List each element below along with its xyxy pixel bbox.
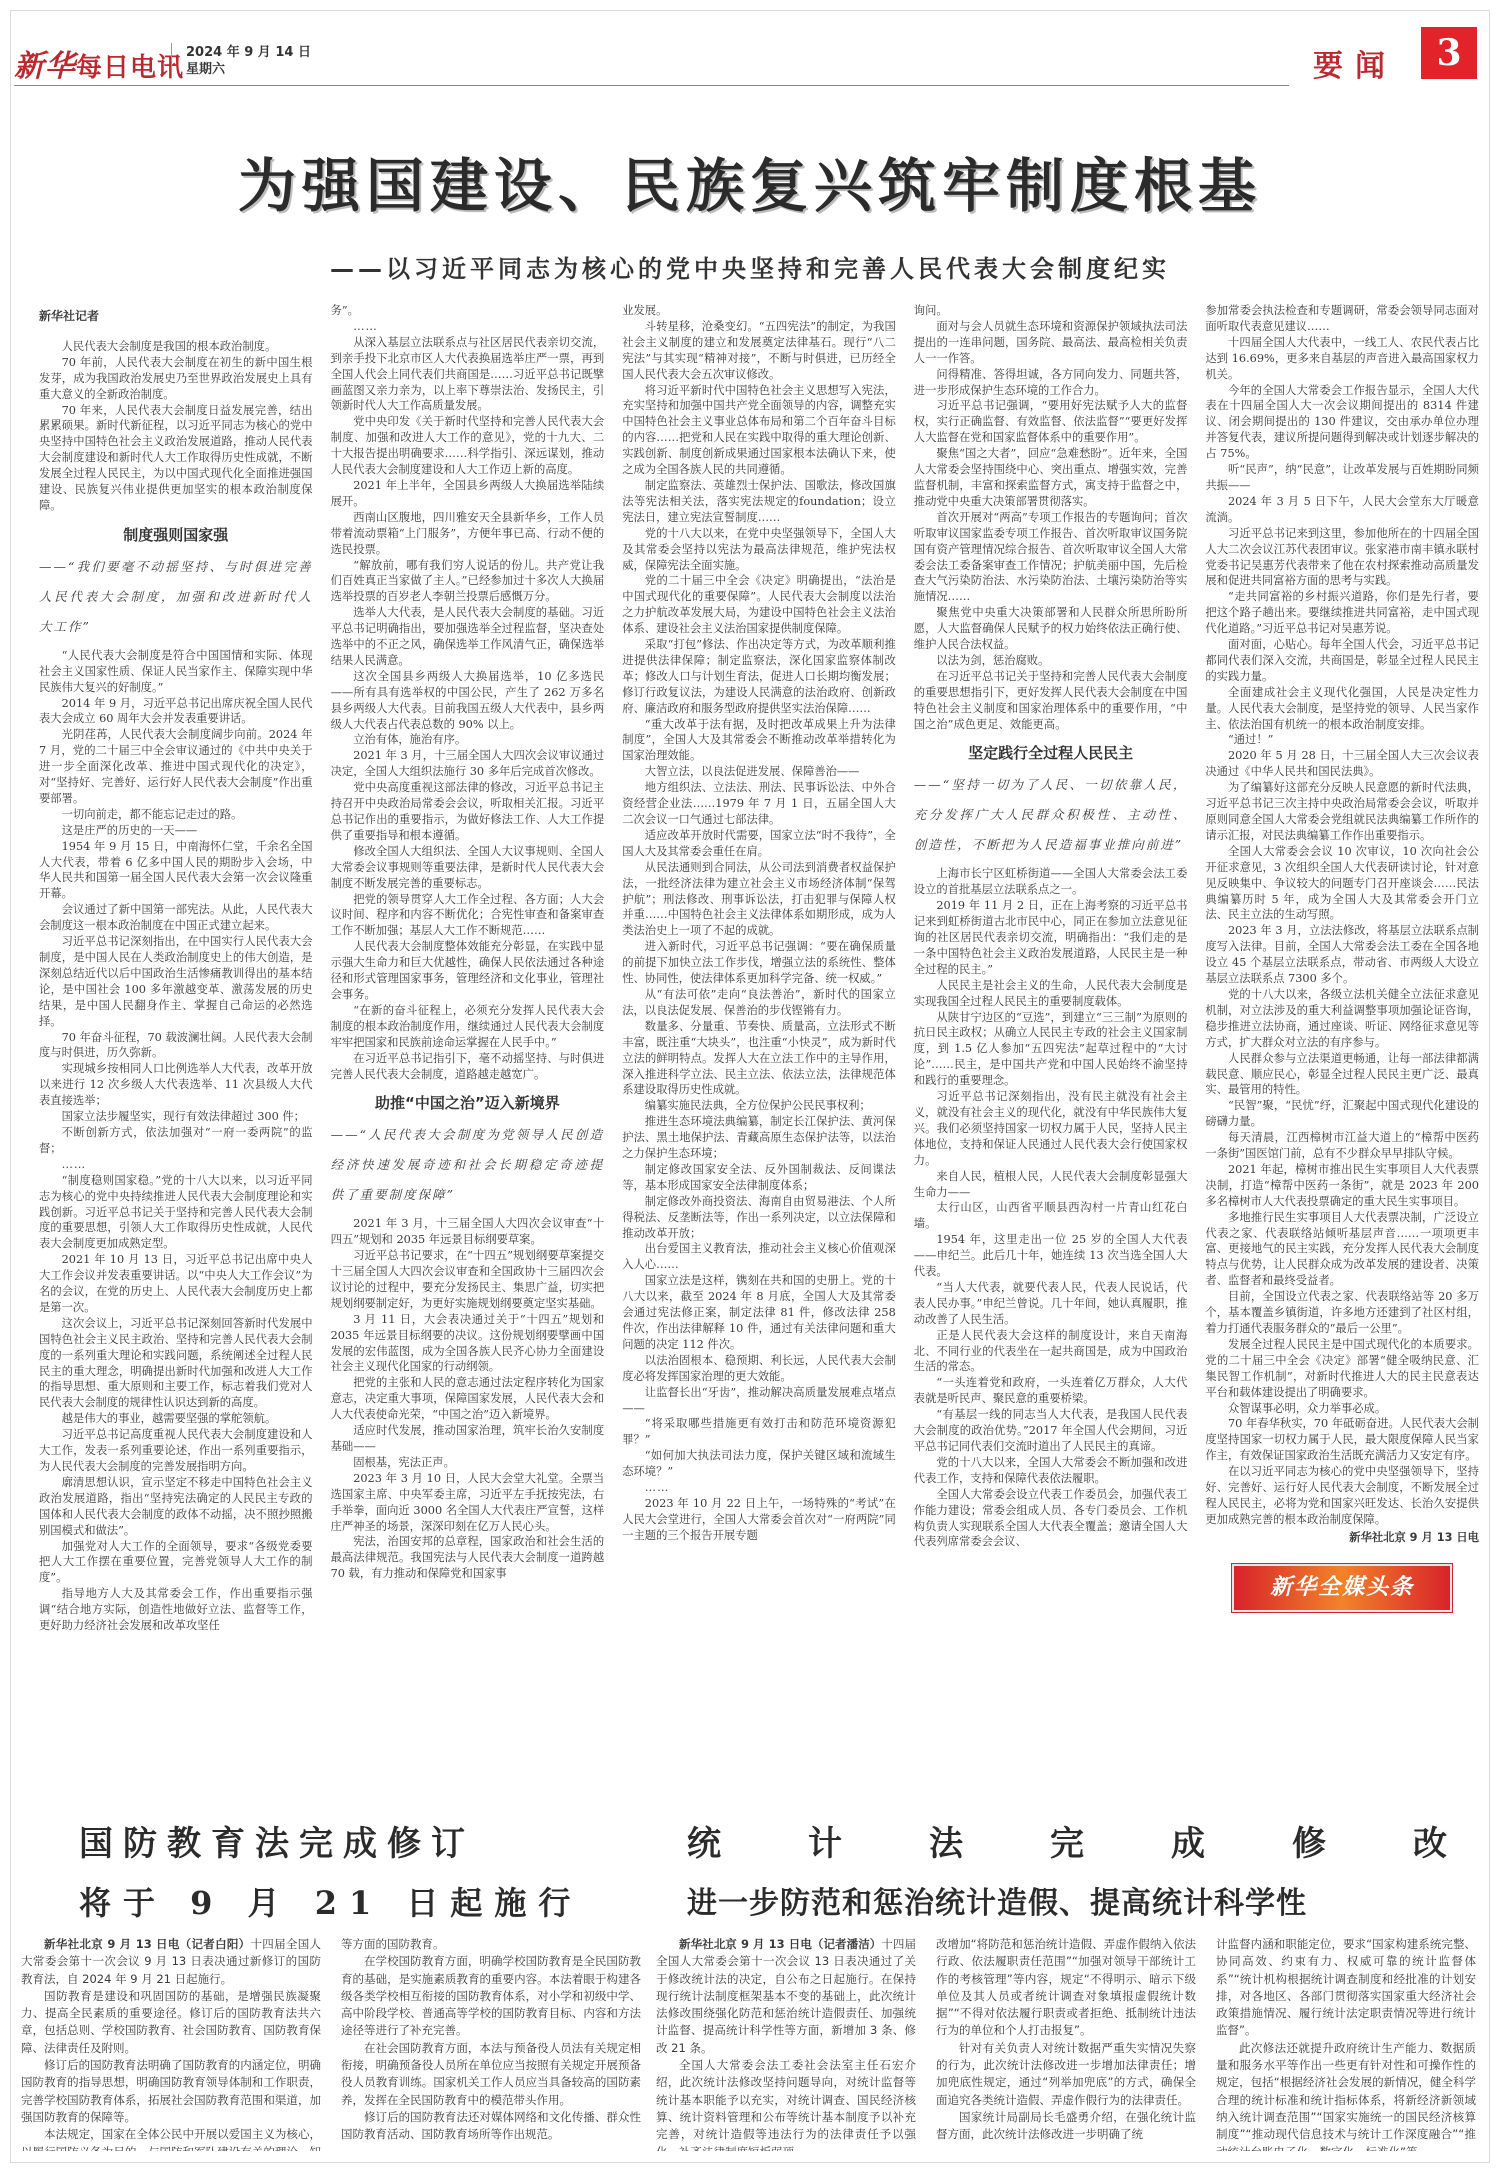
paragraph: “在新的奋斗征程上，必须充分发挥人民代表大会制度的根本政治制度作用，继续通过人民… xyxy=(331,1003,605,1051)
paragraph: 以法治固根本、稳预期、利长远，人民代表大会制度必将发挥国家治理的更大效能。 xyxy=(622,1353,896,1385)
paragraph: 党的十八大以来，全国人大常委会不断加强和改进代表工作，支持和保障代表依法履职。 xyxy=(914,1455,1188,1487)
statistics-story-body: 新华社北京 9 月 13 日电（记者潘洁）十四届全国人大常委会第十一次会议 13… xyxy=(656,1936,1476,2151)
ellipsis: …… xyxy=(331,319,605,335)
paragraph: 业发展。 xyxy=(622,303,896,319)
paragraph: 固根基，宪法正声。 xyxy=(331,1455,605,1471)
paragraph: 1954 年 9 月 15 日，中南海怀仁堂，千余名全国人大代表，带着 6 亿多… xyxy=(39,839,313,903)
paragraph: 全国人大常委会设立代表工作委员会，加强代表工作能力建设；常委会组成人员、各专门委… xyxy=(914,1487,1188,1551)
paragraph: 西南山区腹地，四川雅安天全县新华乡，工作人员带着流动票箱“上门服务”，方便年事已… xyxy=(331,510,605,558)
paragraph: 实现城乡按相同人口比例选举人大代表，改革开放以来进行 12 次乡级人大代表选举、… xyxy=(39,1061,313,1109)
paragraph: “解放前，哪有我们穷人说话的份儿。共产党让我们百姓真正当家做了主人。”已经参加过… xyxy=(331,558,605,606)
paragraph: 问得精准、答得坦诚，各方同向发力、同题共答，进一步形成保护生态环境的工作合力。 xyxy=(914,367,1188,399)
paragraph: 党中央印发《关于新时代坚持和完善人民代表大会制度、加强和改进人大工作的意见》，党… xyxy=(331,414,605,478)
statistics-column-3: 计监督内涵和职能定位，要求“国家构建系统完整、协同高效、约束有力、权威可靠的统计… xyxy=(1216,1936,1476,2151)
paragraph: 新华社北京 9 月 13 日电（记者潘洁）十四届全国人大常委会第十一次会议 13… xyxy=(656,1936,916,2057)
paragraph: “有基层一线的同志当人大代表，是我国人民代表大会制度的政治优势。”2017 年全… xyxy=(914,1407,1188,1455)
paragraph: 2021 年 3 月，十三届全国人大四次会议审议通过决定，全国人大组织法施行 3… xyxy=(331,748,605,780)
paragraph: 从深入基层立法联系点与社区居民代表亲切交流，到亲手投下北京市区人大代表换届选举庄… xyxy=(331,335,605,415)
paragraph: 人民代表大会制度整体效能充分彰显，在实践中显示强大生命力和巨大优越性，确保人民依… xyxy=(331,939,605,1003)
paragraph: 1954 年，这里走出一位 25 岁的全国人大代表——申纪兰。此后几十年，她连续… xyxy=(914,1232,1188,1280)
paragraph: “一头连着党和政府，一头连着亿万群众，人大代表就是听民声、聚民意的重要桥梁。 xyxy=(914,1375,1188,1407)
paragraph: 会议通过了新中国第一部宪法。从此，人民代表大会制度这一根本政治制度在中国正式建立… xyxy=(39,902,313,934)
paragraph: 改增加“将防范和惩治统计造假、弄虚作假纳入依法行政、依法履职责任范围”“加强对领… xyxy=(936,1936,1196,2040)
paragraph: 正是人民代表大会这样的制度设计，来自天南海北、不同行业的代表坐在一起共商国是，成… xyxy=(914,1328,1188,1376)
paragraph: 70 年奋斗征程，70 载波澜壮阔。人民代表大会制度与时俱进，历久弥新。 xyxy=(39,1030,313,1062)
paragraph: 2023 年 3 月，立法法修改，将基层立法联系点制度写入法律。目前，全国人大常… xyxy=(1205,923,1479,987)
paragraph: 全国人大常委会会议 10 次审议，10 次向社会公开征求意见，3 次组织全国人大… xyxy=(1205,844,1479,924)
paragraph: 国家立法步履坚实，现行有效法律超过 300 件； xyxy=(39,1109,313,1125)
paragraph: 在社会国防教育方面，本法与预备役人员法有关规定相衔接，明确预备役人员所在单位应当… xyxy=(341,2040,641,2109)
paragraph: 习近平总书记高度重视人民代表大会制度建设和人大工作，发表一系列重要论述，作出一系… xyxy=(39,1427,313,1475)
paragraph: 习近平总书记要求，在“十四五”规划纲要草案提交十三届全国人大四次会议审查和全国政… xyxy=(331,1248,605,1312)
paragraph: 来自人民，植根人民，人民代表大会制度彰显强大生命力—— xyxy=(914,1169,1188,1201)
paragraph: 从“有法可依”走向“良法善治”，新时代的国家立法，以良法促发展、保善治的步伐铿锵… xyxy=(622,987,896,1019)
paragraph: 为了编纂好这部充分反映人民意愿的新时代法典，习近平总书记三次主持中央政治局常委会… xyxy=(1205,780,1479,844)
paragraph: 修改全国人大组织法、全国人大议事规则、全国人大常委会议事规则等重要法律，是新时代… xyxy=(331,844,605,892)
paragraph: “将采取哪些措施更有效打击和防范环境资源犯罪？” xyxy=(622,1416,896,1448)
paragraph: 以法为剑，惩治腐败。 xyxy=(914,653,1188,669)
paragraph: 出台爱国主义教育法，推动社会主义核心价值观深入人心…… xyxy=(622,1241,896,1273)
paragraph: 习近平总书记强调，“要用好宪法赋予人大的监督权，实行正确监督、有效监督、依法监督… xyxy=(914,398,1188,446)
paragraph: 2024 年 3 月 5 日下午，人民大会堂东大厅暖意流淌。 xyxy=(1205,494,1479,526)
paragraph: 地方组织法、立法法、刑法、民事诉讼法、中外合资经营企业法……1979 年 7 月… xyxy=(622,780,896,828)
article-column-3: 业发展。 斗转星移，沧桑变幻。“五四宪法”的制定，为我国社会主义制度的建立和发展… xyxy=(622,303,896,1773)
issue-date: 2024 年 9 月 14 日 xyxy=(186,44,311,61)
paragraph: “民智”聚，“民忧”纾，汇聚起中国式现代化建设的磅礴力量。 xyxy=(1205,1098,1479,1130)
statistics-column-1: 新华社北京 9 月 13 日电（记者潘洁）十四届全国人大常委会第十一次会议 13… xyxy=(656,1936,916,2151)
title-char: 改 xyxy=(1413,1816,1447,1865)
paragraph: “如何加大执法司法力度，保护关键区域和流域生态环境？” xyxy=(622,1448,896,1480)
lead-dateline: 新华社北京 9 月 13 日电（记者潘洁） xyxy=(679,1937,881,1951)
paragraph: 让监督长出“牙齿”，推动解决高质量发展难点堵点—— xyxy=(622,1385,896,1417)
title-char: 法 xyxy=(929,1816,963,1865)
paragraph: 听“民声”，纳“民意”，让改革发展与百姓期盼同频共振—— xyxy=(1205,462,1479,494)
paragraph: 2021 年 3 月，十三届全国人大四次会议审查“十四五”规划和 2035 年远… xyxy=(331,1216,605,1248)
statistics-column-2: 改增加“将防范和惩治统计造假、弄虚作假纳入依法行政、依法履职责任范围”“加强对领… xyxy=(936,1936,1196,2151)
main-article: 新华社记者 人民代表大会制度是我国的根本政治制度。 70 年前，人民代表大会制度… xyxy=(39,303,1479,1773)
paragraph: 面对与会人员就生态环境和资源保护领域执法司法提出的一连串问题，国务院、最高法、最… xyxy=(914,319,1188,367)
section-quote: ——“人民代表大会制度为党领导人民创造经济快速发展奇迹和社会长期稳定奇迹提供了重… xyxy=(331,1120,605,1210)
paragraph: 2021 年 10 月 13 日，习近平总书记出席中央人大工作会议并发表重要讲话… xyxy=(39,1252,313,1316)
section-heading: 助推“中国之治”迈入新境界 xyxy=(331,1096,605,1112)
paragraph: 这是庄严的历史的一天—— xyxy=(39,823,313,839)
paragraph: 2014 年 9 月，习近平总书记出席庆祝全国人民代表大会成立 60 周年大会并… xyxy=(39,696,313,728)
paragraph: 数量多、分量重、节奏快、质量高，立法形式不断丰富，既注重“大块头”，也注重“小快… xyxy=(622,1019,896,1099)
paragraph: 选举人大代表，是人民代表大会制度的基础。习近平总书记明确指出，要加强选举全过程监… xyxy=(331,605,605,669)
paragraph: 70 年春华秋实，70 年砥砺奋进。人民代表大会制度坚持国家一切权力属于人民，最… xyxy=(1205,1416,1479,1464)
paragraph: 立治有体，施治有序。 xyxy=(331,732,605,748)
paragraph: 此次修法还就提升政府统计生产能力、数据质量和服务水平等作出一些更有针对性和可操作… xyxy=(1216,2040,1476,2151)
statistics-story-subtitle: 进一步防范和惩治统计造假、提高统计科学性 xyxy=(687,1878,1307,1922)
paragraph: 在学校国防教育方面，明确学校国防教育是全民国防教育的基础，是实施素质教育的重要内… xyxy=(341,1953,641,2039)
paragraph: 宪法，治国安邦的总章程，国家政治和社会生活的最高法律规范。我国宪法与人民代表大会… xyxy=(331,1534,605,1582)
paragraph: 国防教育是建设和巩固国防的基础，是增强民族凝聚力、提高全民素质的重要途径。修订后… xyxy=(21,1988,321,2057)
paragraph: 等方面的国防教育。 xyxy=(341,1936,641,1953)
statistics-story-title: 统 计 法 完 成 修 改 xyxy=(687,1816,1447,1865)
paragraph: 十四届全国人大代表中，一线工人、农民代表占比达到 16.69%，更多来自基层的声… xyxy=(1205,335,1479,383)
paragraph: 聚焦“国之大者”，回应“急难愁盼”。近年来，全国人大常委会坚持围绕中心、突出重点… xyxy=(914,446,1188,510)
paragraph: 询问。 xyxy=(914,303,1188,319)
paragraph: 2019 年 11 月 2 日，正在上海考察的习近平总书记来到虹桥街道古北市民中… xyxy=(914,898,1188,978)
paragraph: 修订后的国防教育法明确了国防教育的内涵定位，明确国防教育的指导思想，明确国防教育… xyxy=(21,2057,321,2126)
paragraph: 在习近平总书记指引下，毫不动摇坚持、与时俱进完善人民代表大会制度，道路越走越宽广… xyxy=(331,1051,605,1083)
paragraph: “制度稳则国家稳。”党的十八大以来，以习近平同志为核心的党中央持续推进人民代表大… xyxy=(39,1173,313,1253)
paragraph: 光阴荏苒，人民代表大会制度阔步向前。2024 年 7 月，党的二十届三中全会审议… xyxy=(39,727,313,807)
paragraph: 把党的领导贯穿人大工作全过程、各方面；人大会议时间、程序和内容不断优化；合宪性审… xyxy=(331,892,605,940)
issue-weekday: 星期六 xyxy=(186,61,311,78)
paragraph: 太行山区，山西省平顺县西沟村一片青山红花白墙。 xyxy=(914,1200,1188,1232)
paragraph: 发展全过程人民民主是中国式现代化的本质要求。党的二十届三中全会《决定》部署“健全… xyxy=(1205,1337,1479,1401)
paragraph: 适应改革开放时代需要，国家立法“时不我待”，全国人大及其常委会重任在肩。 xyxy=(622,828,896,860)
paragraph: 国家统计局副局长毛盛勇介绍，在强化统计监督方面，此次统计法修改进一步明确了统 xyxy=(936,2109,1196,2144)
title-char: 计 xyxy=(808,1816,842,1865)
page-number-badge: 3 xyxy=(1421,27,1477,79)
paragraph: 习近平总书记深刻指出，没有民主就没有社会主义，就没有社会主义的现代化，就没有中华… xyxy=(914,1089,1188,1169)
paragraph: 今年的全国人大常委会工作报告显示，全国人大代表在十四届全国人大一次会议期间提出的… xyxy=(1205,383,1479,463)
paragraph: 参加常委会执法检查和专题调研，常委会领导同志面对面听取代表意见建议…… xyxy=(1205,303,1479,335)
paragraph: “通过！” xyxy=(1205,732,1479,748)
paragraph: 多地推行民生实事项目人大代表票决制，广泛设立代表之家、代表联络站倾听基层声音……… xyxy=(1205,1210,1479,1290)
paragraph: 这次全国县乡两级人大换届选举，10 亿多选民——所有具有选举权的中国公民，产生了… xyxy=(331,669,605,733)
paragraph: 习近平总书记来到这里，参加他所在的十四届全国人大二次会议江苏代表团审议。张家港市… xyxy=(1205,526,1479,590)
defense-story-subtitle: 将于 9 月 21 日起施行 xyxy=(79,1878,582,1924)
main-subheadline: ——以习近平同志为核心的党中央坚持和完善人民代表大会制度纪实 xyxy=(11,249,1489,284)
paragraph: 目前，全国设立代表之家、代表联络站等 20 多万个，基本覆盖乡镇街道，许多地方还… xyxy=(1205,1289,1479,1337)
section-quote: ——“我们要毫不动摇坚持、与时俱进完善人民代表大会制度，加强和改进新时代人大工作… xyxy=(39,552,313,642)
paragraph: 70 年来，人民代表大会制度日益发展完善，结出累累硕果。新时代新征程，以习近平同… xyxy=(39,403,313,514)
issue-date-block: 2024 年 9 月 14 日 星期六 xyxy=(186,44,311,78)
paragraph: 党中央高度重视这部法律的修改，习近平总书记主持召开中央政治局常委会会议，听取相关… xyxy=(331,780,605,844)
paragraph: 将习近平新时代中国特色社会主义思想写入宪法，充实坚持和加强中国共产党全面领导的内… xyxy=(622,383,896,478)
paragraph: 把党的主张和人民的意志通过法定程序转化为国家意志，决定重大事项，保障国家发展，人… xyxy=(331,1375,605,1423)
paragraph: 国家立法是这样，镌刻在共和国的史册上。党的十八大以来，截至 2024 年 8 月… xyxy=(622,1273,896,1353)
xinhua-media-headline-banner[interactable]: 新华全媒头条 xyxy=(1232,1564,1452,1612)
newspaper-page: 新华每日电讯 2024 年 9 月 14 日 星期六 要闻 3 为强国建设、民族… xyxy=(10,10,1490,2163)
paragraph: 首次开展对“两高”专项工作报告的专题询问；首次听取审议国家监委专项工作报告、首次… xyxy=(914,510,1188,605)
paragraph: 从民法通则到合同法，从公司法到消费者权益保护法，一批经济法律为建立社会主义市场经… xyxy=(622,860,896,940)
paragraph: 党的二十届三中全会《决定》明确提出，“法治是中国式现代化的重要保障”。人民代表大… xyxy=(622,573,896,637)
article-column-5: 参加常委会执法检查和专题调研，常委会领导同志面对面听取代表意见建议…… 十四届全… xyxy=(1205,303,1479,1773)
masthead-rule xyxy=(14,85,1289,86)
paragraph: 推进生态环境法典编纂，制定长江保护法、黄河保护法、黑土地保护法、青藏高原生态保护… xyxy=(622,1114,896,1162)
main-headline: 为强国建设、民族复兴筑牢制度根基 xyxy=(11,139,1489,223)
paragraph: 2023 年 3 月 10 日，人民大会堂大礼堂。全票当选国家主席、中央军委主席… xyxy=(331,1471,605,1535)
paragraph: 党的十八大以来，在党中央坚强领导下，全国人大及其常委会坚持以宪法为最高法律规范，… xyxy=(622,526,896,574)
ellipsis: …… xyxy=(622,1480,896,1496)
paragraph: 在习近平总书记关于坚持和完善人民代表大会制度的重要思想指引下，更好发挥人民代表大… xyxy=(914,669,1188,733)
defense-story-title: 国防教育法完成修订 xyxy=(79,1816,475,1865)
paragraph: “重大改革于法有据，及时把改革成果上升为法律制度”，全国人大及其常委会不断推动改… xyxy=(622,717,896,765)
paragraph: 采取“打包”修法、作出决定等方式，为改革顺利推进提供法律保障；制定监察法，深化国… xyxy=(622,637,896,717)
paragraph: 修订后的国防教育法还对媒体网络和文化传播、群众性国防教育活动、国防教育场所等作出… xyxy=(341,2109,641,2144)
paragraph: 上海市长宁区虹桥街道——全国人大常委会法工委设立的首批基层立法联系点之一。 xyxy=(914,866,1188,898)
masthead: 新华每日电讯 2024 年 9 月 14 日 星期六 要闻 3 xyxy=(11,11,1489,91)
paragraph: 指导地方人大及其常委会工作，作出重要指示强调“结合地方实际，创造性地做好立法、监… xyxy=(39,1586,313,1634)
paragraph: 计监督内涵和职能定位，要求“国家构建系统完整、协同高效、约束有力、权威可靠的统计… xyxy=(1216,1936,1476,2040)
paragraph: 一切向前走，都不能忘记走过的路。 xyxy=(39,807,313,823)
paragraph: 务”。 xyxy=(331,303,605,319)
article-column-4: 询问。 面对与会人员就生态环境和资源保护领域执法司法提出的一连串问题，国务院、最… xyxy=(914,303,1188,1773)
paragraph: 人民群众参与立法渠道更畅通，让每一部法律都满载民意、顺应民心，彰显全过程人民民主… xyxy=(1205,1051,1479,1099)
paragraph: 大智立法，以良法促进发展、保障善治—— xyxy=(622,764,896,780)
byline: 新华社记者 xyxy=(39,309,313,325)
section-heading: 制度强则国家强 xyxy=(39,528,313,544)
paragraph: 针对有关负责人对统计数据严重失实情况失察的行为，此次统计法修改进一步增加法律责任… xyxy=(936,2040,1196,2109)
paragraph: 新华社北京 9 月 13 日电（记者白阳）十四届全国人大常委会第十一次会议 9 … xyxy=(21,1936,321,1988)
paragraph: 2023 年 10 月 22 日上午，一场特殊的“考试”在人民大会堂进行，全国人… xyxy=(622,1496,896,1544)
defense-column-2: 等方面的国防教育。 在学校国防教育方面，明确学校国防教育是全民国防教育的基础，是… xyxy=(341,1936,641,2151)
paragraph: 党的十八大以来，各级立法机关健全立法征求意见机制，对立法涉及的重大利益调整事项加… xyxy=(1205,987,1479,1051)
paragraph: 2021 年起，樟树市推出民生实事项目人大代表票决制，打造“樟帮中医药一条街”，… xyxy=(1205,1162,1479,1210)
ellipsis: …… xyxy=(39,1157,313,1173)
paragraph: 从陕甘宁边区的“豆选”，到建立“三三制”为原则的抗日民主政权；从确立人民民主专政… xyxy=(914,1010,1188,1090)
paragraph: 每天清晨，江西樟树市江益大道上的“樟帮中医药一条街”国医馆门前，总有不少群众早早… xyxy=(1205,1130,1479,1162)
logo-plain: 每日电讯 xyxy=(76,53,184,83)
paragraph: 2020 年 5 月 28 日，十三届全国人大三次会议表决通过《中华人民共和国民… xyxy=(1205,748,1479,780)
paragraph: 这次会议上，习近平总书记深刻回答新时代发展中国特色社会主义民主政治、坚持和完善人… xyxy=(39,1316,313,1411)
paragraph: 制定监察法、英雄烈士保护法、国歌法，修改国旗法等宪法相关法，落实宪法规定的fou… xyxy=(622,478,896,526)
paragraph: 3 月 11 日，大会表决通过关于“十四五”规划和 2035 年远景目标纲要的决… xyxy=(331,1312,605,1376)
paragraph: “当人大代表，就要代表人民，代表人民说话，代表人民办事。”申纪兰曾说。几十年间，… xyxy=(914,1280,1188,1328)
paragraph: 不断创新方式，依法加强对“一府一委两院”的监督； xyxy=(39,1125,313,1157)
section-quote: ——“坚持一切为了人民、一切依靠人民，充分发挥广大人民群众积极性、主动性、创造性… xyxy=(914,770,1188,860)
title-char: 成 xyxy=(1171,1816,1205,1865)
paragraph: 廓清思想认识，宣示坚定不移走中国特色社会主义政治发展道路，指出“坚持宪法确定的人… xyxy=(39,1475,313,1539)
title-char: 完 xyxy=(1050,1816,1084,1865)
title-char: 修 xyxy=(1292,1816,1326,1865)
paragraph: 制定修改外商投资法、海南自由贸易港法、个人所得税法、反垄断法等，作出一系列决定，… xyxy=(622,1194,896,1242)
paragraph: 聚焦党中央重大决策部署和人民群众所思所盼所愿，人大监督确保人民赋予的权力始终依法… xyxy=(914,605,1188,653)
masthead-divider xyxy=(171,43,172,77)
paragraph: 编纂实施民法典，全方位保护公民民事权利； xyxy=(622,1098,896,1114)
paragraph: 70 年前，人民代表大会制度在初生的新中国生根发芽，成为我国政治发展史乃至世界政… xyxy=(39,355,313,403)
article-column-1: 新华社记者 人民代表大会制度是我国的根本政治制度。 70 年前，人民代表大会制度… xyxy=(39,303,313,1773)
paragraph: 制定修改国家安全法、反外国制裁法、反间谍法等，基本形成国家安全法律制度体系； xyxy=(622,1162,896,1194)
paragraph: 本法规定，国家在全体公民中开展以爱国主义为核心，以履行国防义务为目的，与国防和军… xyxy=(21,2126,321,2151)
paragraph: 人民民主是社会主义的生命，人民代表大会制度是实现我国全过程人民民主的重要制度载体… xyxy=(914,978,1188,1010)
paragraph: 人民代表大会制度是我国的根本政治制度。 xyxy=(39,339,313,355)
lead-dateline: 新华社北京 9 月 13 日电（记者白阳） xyxy=(44,1937,250,1951)
paragraph: “人民代表大会制度是符合中国国情和实际、体现社会主义国家性质、保证人民当家作主、… xyxy=(39,648,313,696)
article-column-2: 务”。 …… 从深入基层立法联系点与社区居民代表亲切交流，到亲手投下北京市区人大… xyxy=(331,303,605,1773)
section-heading: 坚定践行全过程人民民主 xyxy=(914,746,1188,762)
paragraph: 面对面，心贴心。每年全国人代会，习近平总书记都同代表们深入交流，共商国是，彰显全… xyxy=(1205,637,1479,685)
paragraph: 习近平总书记深刻指出，在中国实行人民代表大会制度，是中国人民在人类政治制度史上的… xyxy=(39,934,313,1029)
paragraph: 斗转星移，沧桑变幻。“五四宪法”的制定，为我国社会主义制度的建立和发展奠定法律基… xyxy=(622,319,896,383)
dateline: 新华社北京 9 月 13 日电 xyxy=(1205,1530,1479,1546)
paragraph: 越是伟大的事业，越需要坚强的掌舵领航。 xyxy=(39,1411,313,1427)
defense-column-1: 新华社北京 9 月 13 日电（记者白阳）十四届全国人大常委会第十一次会议 9 … xyxy=(21,1936,321,2151)
paragraph: 众智谋事必明，众力举事必成。 xyxy=(1205,1401,1479,1417)
paragraph: 加强党对人大工作的全面领导，要求“各级党委要把人大工作摆在重要位置，完善党领导人… xyxy=(39,1539,313,1587)
title-char: 统 xyxy=(687,1816,721,1865)
paragraph: 适应时代发展，推动国家治理，筑牢长治久安制度基础—— xyxy=(331,1423,605,1455)
paragraph: 进入新时代，习近平总书记强调：“要在确保质量的前提下加快立法工作步伐，增强立法的… xyxy=(622,939,896,987)
paragraph: 2021 年上半年，全国县乡两级人大换届选举陆续展开。 xyxy=(331,478,605,510)
lead-text: 十四届全国人大常委会第十一次会议 13 日表决通过了关于修改统计法的决定，自公布… xyxy=(656,1937,916,2055)
defense-story-body: 新华社北京 9 月 13 日电（记者白阳）十四届全国人大常委会第十一次会议 9 … xyxy=(21,1936,641,2151)
newspaper-logo: 新华每日电讯 xyxy=(14,41,184,85)
paragraph: 全面建成社会主义现代化强国，人民是决定性力量。人民代表大会制度，是坚持党的领导、… xyxy=(1205,685,1479,733)
paragraph: “走共同富裕的乡村振兴道路，你们是先行者，要把这个路子趟出来。要继续推进共同富裕… xyxy=(1205,589,1479,637)
paragraph: 全国人大常委会法工委社会法室主任石宏介绍，此次统计法修改坚持问题导向，对统计监督… xyxy=(656,2057,916,2151)
paragraph: 在以习近平同志为核心的党中央坚强领导下，坚持好、完善好、运行好人民代表大会制度，… xyxy=(1205,1464,1479,1528)
logo-script: 新华 xyxy=(14,49,76,84)
section-name: 要闻 xyxy=(1313,41,1397,85)
